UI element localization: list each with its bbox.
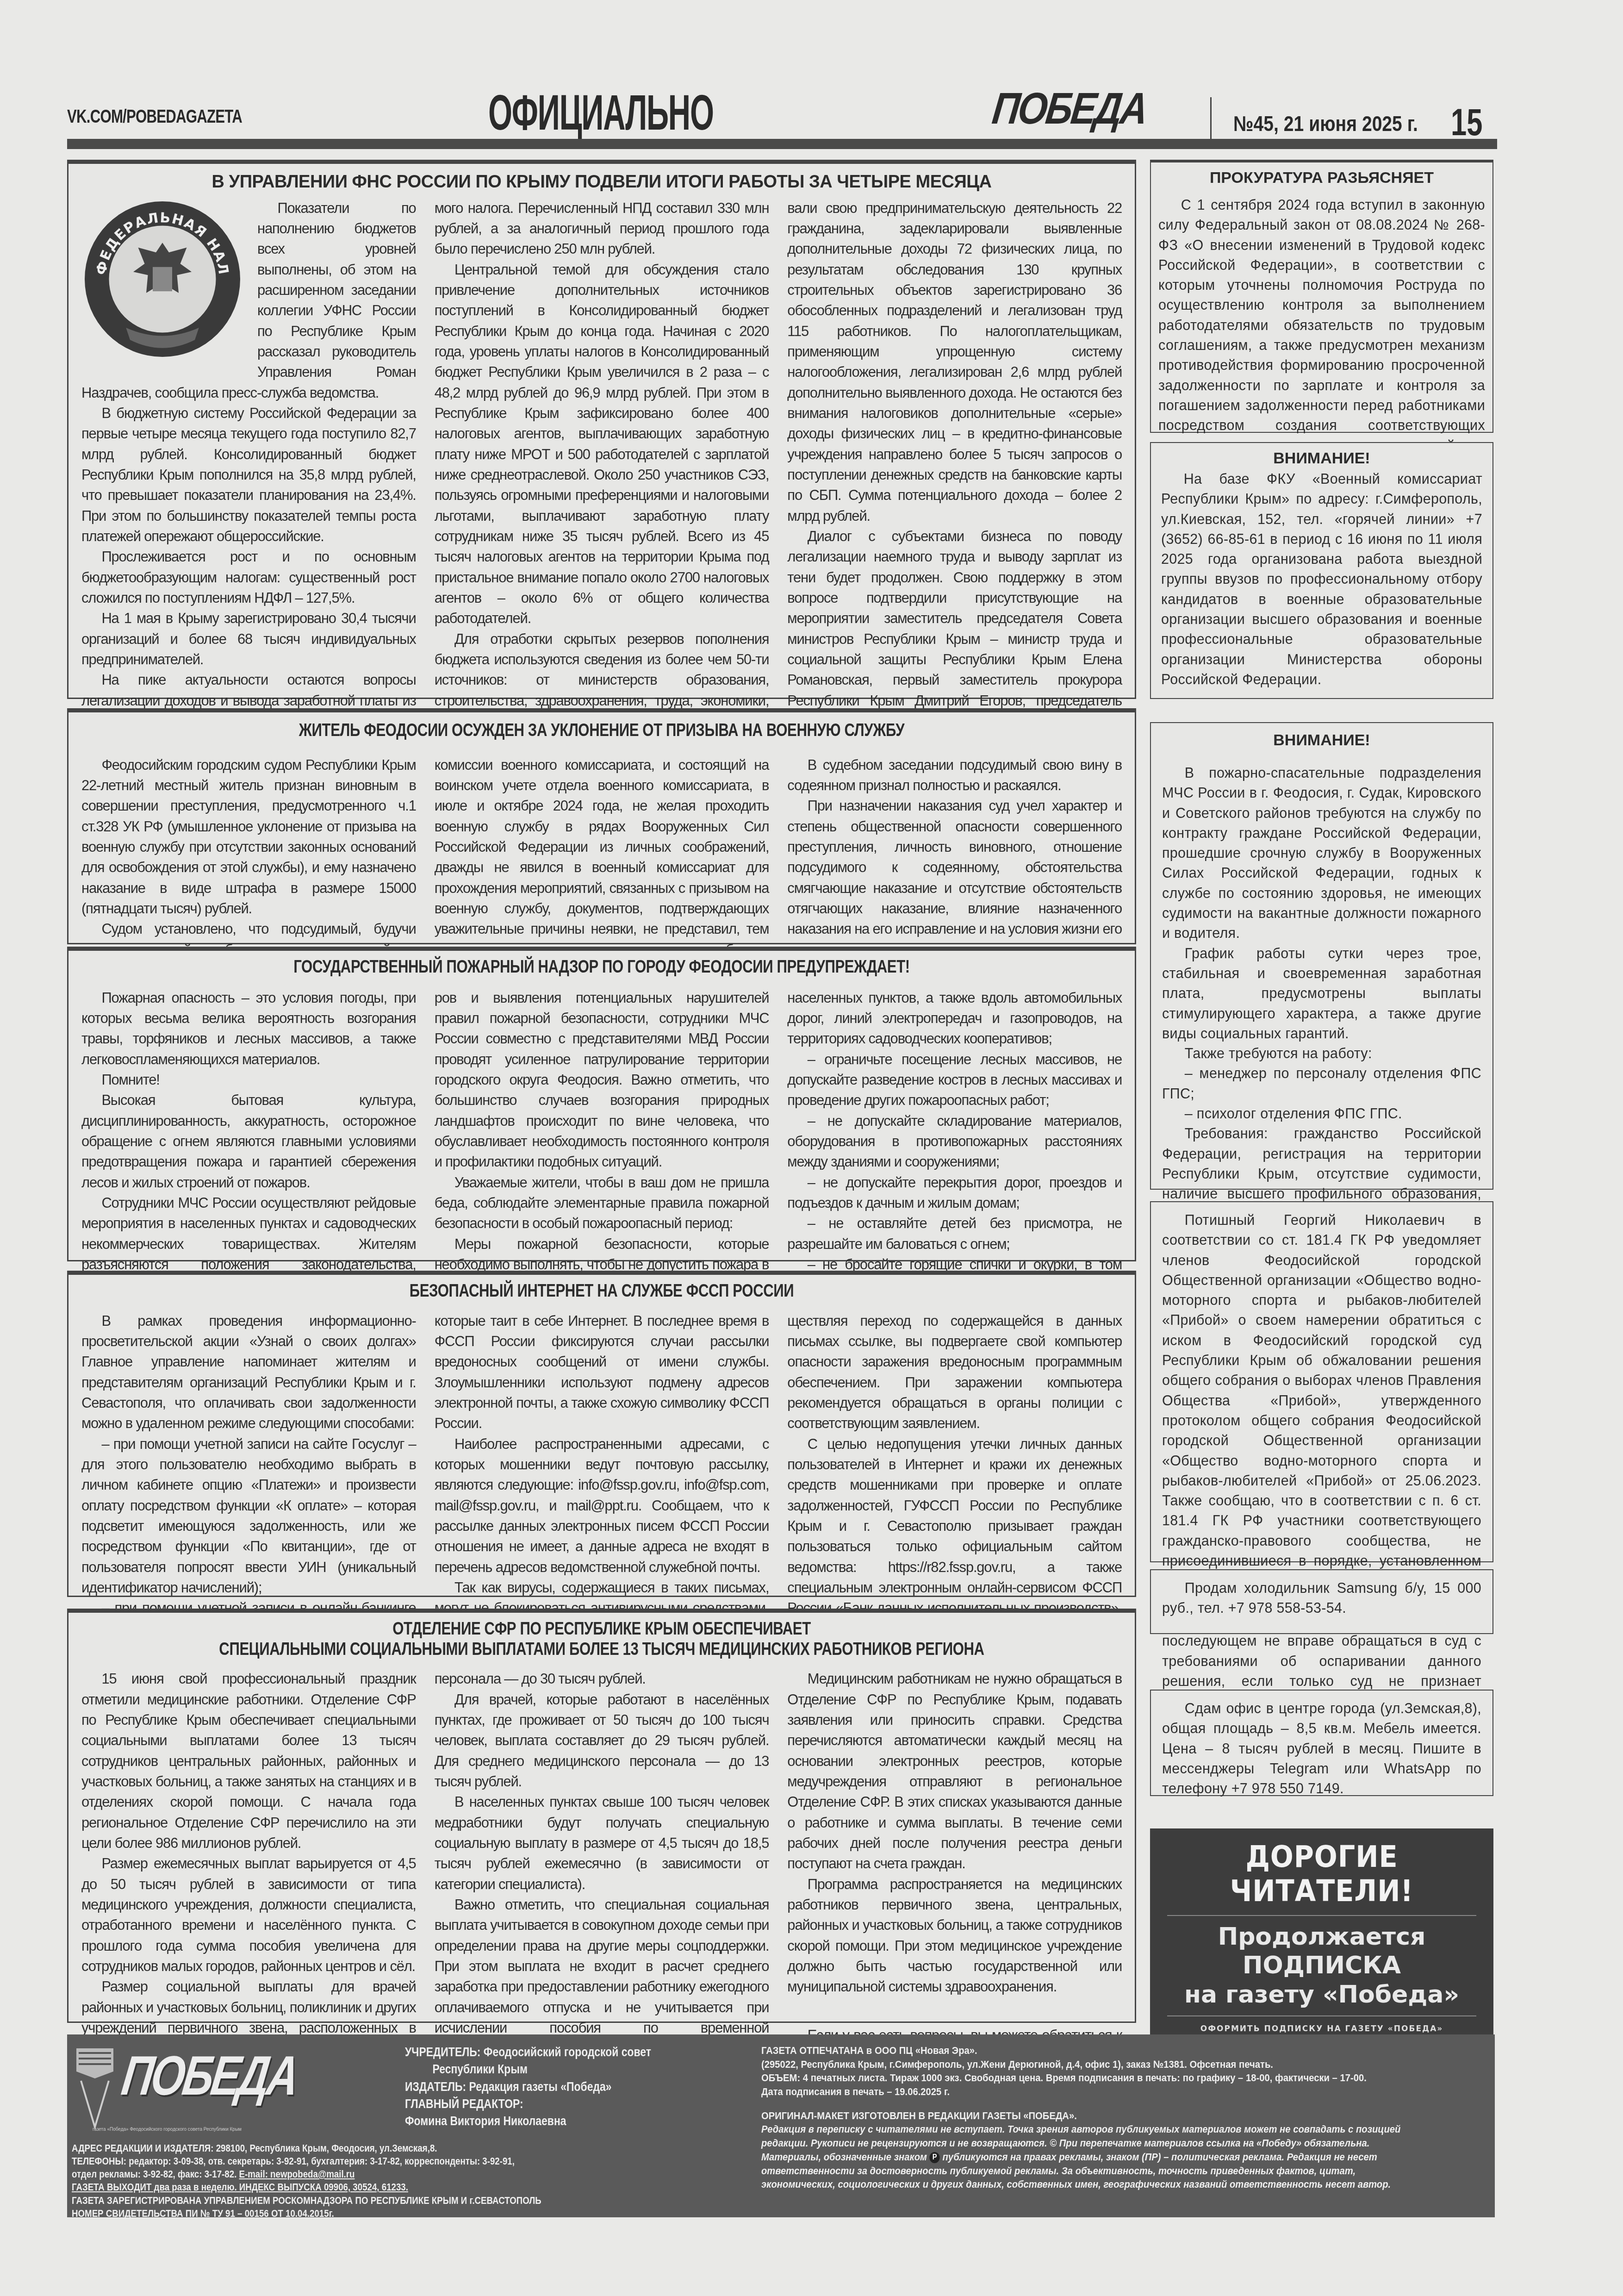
paragraph: мого налога. Перечисленный НПД составил …: [435, 198, 769, 260]
divider: [1167, 2015, 1476, 2016]
paragraph: В бюджетную систему Российской Федерации…: [81, 403, 416, 547]
paragraph: населенных пунктов, а также вдоль автомо…: [787, 988, 1122, 1049]
ad-fridge-box: Продам холодильник Samsung б/у, 15 000 р…: [1150, 1569, 1493, 1634]
disclaimer: Редакция в переписку с читателями не вст…: [761, 2122, 1425, 2191]
schedule: ГАЗЕТА ВЫХОДИТ два раза в неделю. ИНДЕКС…: [72, 2181, 701, 2194]
article-sfr: ОТДЕЛЕНИЕ СФР ПО РЕСПУБЛИКЕ КРЫМ ОБЕСПЕЧ…: [67, 1609, 1136, 2023]
box-headline: ПРОКУРАТУРА РАЗЬЯСНЯЕТ: [1158, 169, 1485, 187]
paragraph: При назначении наказания суд учел характ…: [787, 796, 1122, 960]
promo-line: на газету «Победа»: [1150, 1980, 1493, 2009]
article-headline: БЕЗОПАСНЫЙ ИНТЕРНЕТ НА СЛУЖБЕ ФССП РОССИ…: [175, 1281, 1028, 1302]
paragraph: Прослеживается рост и по основным бюджет…: [81, 547, 416, 608]
tax-service-emblem-icon: ФЕДЕРАЛЬНАЯ НАЛОГОВАЯ СЛУЖБА: [81, 198, 243, 360]
promo-small: ОФОРМИТЬ ПОДПИСКУ НА ГАЗЕТУ «ПОБЕДА»: [1150, 2023, 1493, 2035]
editor-name: Фомина Виктория Николаевна: [405, 2113, 651, 2130]
paragraph: Потишный Георгий Николаевич в соответств…: [1162, 1210, 1481, 1711]
paragraph: Наиболее распространенными адресами, с к…: [435, 1434, 769, 1578]
phones-line2: отдел рекламы: 3-92-82, факс: 3-17-82.: [72, 2168, 236, 2180]
notice-priboy-box: Потишный Георгий Николаевич в соответств…: [1150, 1201, 1493, 1562]
box-text: На базе ФКУ «Военный комиссариат Республ…: [1161, 469, 1482, 690]
volume: ОБЪЕМ: 4 печатных листа. Тираж 1000 экз.…: [761, 2071, 1425, 2085]
article-fire: ГОСУДАРСТВЕННЫЙ ПОЖАРНЫЙ НАДЗОР ПО ГОРОД…: [67, 947, 1136, 1261]
paragraph: Также требуются на работу:: [1162, 1044, 1481, 1064]
footer-tagline: газета «Победа» Феодосийского городского…: [93, 2127, 242, 2132]
paragraph: Уважаемые жители, чтобы в ваш дом не при…: [435, 1173, 769, 1234]
headline-line: СПЕЦИАЛЬНЫМИ СОЦИАЛЬНЫМИ ВЫПЛАТАМИ БОЛЕЕ…: [175, 1640, 1028, 1660]
ad-text: Продам холодильник Samsung б/у, 15 000 р…: [1162, 1578, 1481, 1619]
ad-text: Сдам офис в центре города (ул.Земская,8)…: [1162, 1699, 1481, 1799]
paragraph: Помните!: [81, 1070, 416, 1090]
prokuratura-box: ПРОКУРАТУРА РАЗЬЯСНЯЕТ С 1 сентября 2024…: [1150, 160, 1493, 433]
promo-line: Продолжается: [1150, 1922, 1493, 1951]
divider: [1167, 1915, 1476, 1916]
paragraph: В судебном заседании подсудимый свою вин…: [787, 755, 1122, 796]
paragraph: На 1 мая в Крыму зарегистрировано 30,4 т…: [81, 608, 416, 670]
divider: [1210, 97, 1212, 139]
subscription-promo: ДОРОГИЕ ЧИТАТЕЛИ! Продолжается ПОДПИСКА …: [1150, 1828, 1493, 2053]
city-crest-icon: [74, 2044, 116, 2132]
list-item: – ограничьте посещение лесных массивов, …: [787, 1049, 1122, 1111]
paragraph: Центральной темой для обсуждения стало п…: [435, 260, 769, 629]
ad-office-box: Сдам офис в центре города (ул.Земская,8)…: [1150, 1690, 1493, 1796]
paragraph: С 1 сентября 2024 года вступил в законну…: [1158, 195, 1485, 456]
founder: УЧРЕДИТЕЛЬ: Феодосийский городской совет: [405, 2044, 651, 2061]
printed-by: ГАЗЕТА ОТПЕЧАТАНА в ООО ПЦ «Новая Эра».: [761, 2044, 1425, 2058]
article-headline: ОТДЕЛЕНИЕ СФР ПО РЕСПУБЛИКЕ КРЫМ ОБЕСПЕЧ…: [175, 1619, 1028, 1660]
box-text: Сдам офис в центре города (ул.Земская,8)…: [1162, 1699, 1481, 1799]
paragraph: В пожарно-спасательные подразделения МЧС…: [1162, 763, 1481, 944]
address: АДРЕС РЕДАКЦИИ И ИЗДАТЕЛЯ: 298100, Респу…: [72, 2142, 701, 2155]
publisher: ИЗДАТЕЛЬ: Редакция газеты «Победа»: [405, 2078, 651, 2096]
article-headline: ГОСУДАРСТВЕННЫЙ ПОЖАРНЫЙ НАДЗОР ПО ГОРОД…: [175, 957, 1028, 978]
paragraph: График работы сутки через трое, стабильн…: [1162, 944, 1481, 1044]
imprint-credits: УЧРЕДИТЕЛЬ: Феодосийский городской совет…: [405, 2044, 651, 2130]
newspaper-logo: ПОБЕДА: [989, 83, 1149, 134]
email-link[interactable]: E-mail: newpobeda@mail.ru: [239, 2168, 355, 2180]
list-item: – не допускайте складирование материалов…: [787, 1111, 1122, 1173]
paragraph: которые таит в себе Интернет. В последне…: [435, 1311, 769, 1434]
paragraph: персонала — до 30 тысяч рублей.: [435, 1669, 769, 1689]
paragraph: В рамках проведения информационно-просве…: [81, 1311, 416, 1434]
article-headline: В УПРАВЛЕНИИ ФНС РОССИИ ПО КРЫМУ ПОДВЕЛИ…: [81, 172, 1122, 193]
registration: ГАЗЕТА ЗАРЕГИСТРИРОВАНА УПРАВЛЕНИЕМ РОСК…: [72, 2194, 701, 2207]
paragraph: комиссии военного комиссариата, и состоя…: [435, 755, 769, 960]
masthead: VK.COM/POBEDAGAZETA ОФИЦИАЛЬНО ПОБЕДА №4…: [67, 83, 1497, 139]
layout-note: ОРИГИНАЛ-МАКЕТ ИЗГОТОВЛЕН В РЕДАКЦИИ ГАЗ…: [761, 2109, 1425, 2123]
advertising-mark-icon: Р: [930, 2152, 940, 2163]
paragraph: В населенных пунктах свыше 100 тысяч чел…: [435, 1792, 769, 1895]
paragraph: На базе ФКУ «Военный комиссариат Республ…: [1161, 469, 1482, 690]
paragraph: ществляя переход по содержащейся в данны…: [787, 1311, 1122, 1434]
issue-info: №45, 21 июня 2025 г.: [1233, 111, 1418, 136]
promo-title: ДОРОГИЕ ЧИТАТЕЛИ!: [1164, 1840, 1480, 1909]
list-item: – не допускайте перекрытия дорог, проезд…: [787, 1173, 1122, 1214]
list-item: – при помощи учетной записи на сайте Гос…: [81, 1434, 416, 1598]
page-number: 15: [1451, 101, 1482, 144]
site-url[interactable]: VK.COM/POBEDAGAZETA: [67, 106, 242, 127]
paragraph: Медицинским работникам не нужно обращать…: [787, 1669, 1122, 1874]
phones: ТЕЛЕФОНЫ: редактор: 3-09-38, отв. секрет…: [72, 2155, 701, 2168]
headline-line: ОТДЕЛЕНИЕ СФР ПО РЕСПУБЛИКЕ КРЫМ ОБЕСПЕЧ…: [175, 1619, 1028, 1640]
certificate: НОМЕР СВИДЕТЕЛЬСТВА ПИ № ТУ 91 – 00156 О…: [72, 2207, 701, 2220]
paragraph: Размер ежемесячных выплат варьируется от…: [81, 1853, 416, 1977]
paragraph: Программа распространяется на медицински…: [787, 1874, 1122, 1997]
list-item: – психолог отделения ФПС ГПС.: [1162, 1104, 1481, 1124]
box-text: Потишный Георгий Николаевич в соответств…: [1162, 1210, 1481, 1711]
list-item: – менеджер по персоналу отделения ФПС ГП…: [1162, 1064, 1481, 1104]
founder-line2: Республики Крым: [405, 2061, 651, 2078]
notice-mchs-box: ВНИМАНИЕ! В пожарно-спасательные подразд…: [1150, 722, 1493, 1190]
imprint-address: АДРЕС РЕДАКЦИИ И ИЗДАТЕЛЯ: 298100, Респу…: [72, 2142, 701, 2220]
sign-date: Дата подписания в печать – 19.06.2025 г.: [761, 2085, 1425, 2099]
article-fns: В УПРАВЛЕНИИ ФНС РОССИИ ПО КРЫМУ ПОДВЕЛИ…: [67, 160, 1136, 699]
notice-military-box: ВНИМАНИЕ! На базе ФКУ «Военный комиссари…: [1150, 442, 1493, 699]
promo-line: ПОДПИСКА: [1150, 1951, 1493, 1980]
section-title: ОФИЦИАЛЬНО: [488, 83, 714, 141]
paragraph: 15 июня свой профессиональный праздник о…: [81, 1669, 416, 1853]
paragraph: ров и выявления потенциальных нарушителе…: [435, 988, 769, 1173]
editor-label: ГЛАВНЫЙ РЕДАКТОР:: [405, 2096, 651, 2113]
paragraph: Высокая бытовая культура, дисциплинирова…: [81, 1090, 416, 1193]
paragraph: Пожарная опасность – это условия погоды,…: [81, 988, 416, 1070]
printer-address: (295022, Республика Крым, г.Симферополь,…: [761, 2058, 1425, 2071]
box-headline: ВНИМАНИЕ!: [1161, 449, 1482, 468]
paragraph: Для врачей, которые работают в населённы…: [435, 1690, 769, 1792]
masthead-bar: [67, 139, 1497, 149]
list-item: – не оставляйте детей без присмотра, не …: [787, 1213, 1122, 1254]
paragraph: вали свою предпринимательскую деятельнос…: [787, 198, 1122, 526]
article-headline: ЖИТЕЛЬ ФЕОДОСИИ ОСУЖДЕН ЗА УКЛОНЕНИЕ ОТ …: [175, 721, 1028, 741]
imprint-footer: ПОБЕДА газета «Победа» Феодосийского гор…: [67, 2034, 1495, 2217]
footer-logo: ПОБЕДА: [118, 2044, 301, 2108]
paragraph: Феодосийским городским судом Республики …: [81, 755, 416, 919]
imprint-print-info: ГАЗЕТА ОТПЕЧАТАНА в ООО ПЦ «Новая Эра». …: [761, 2044, 1425, 2191]
box-headline: ВНИМАНИЕ!: [1162, 731, 1481, 749]
article-fssp: БЕЗОПАСНЫЙ ИНТЕРНЕТ НА СЛУЖБЕ ФССП РОССИ…: [67, 1271, 1136, 1597]
box-text: Продам холодильник Samsung б/у, 15 000 р…: [1162, 1578, 1481, 1619]
article-court: ЖИТЕЛЬ ФЕОДОСИИ ОСУЖДЕН ЗА УКЛОНЕНИЕ ОТ …: [67, 708, 1136, 944]
